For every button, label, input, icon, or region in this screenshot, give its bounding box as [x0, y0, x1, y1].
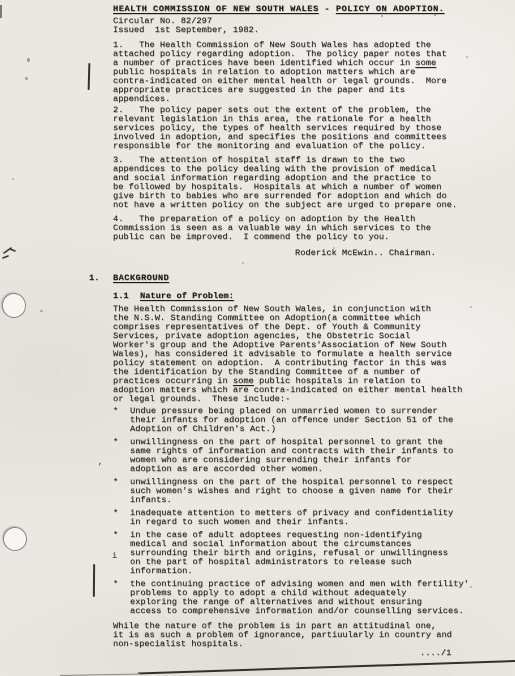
- paragraph-2: 2. The policy paper sets out the extent …: [113, 106, 485, 151]
- corner-smudge-mark: [0, 5, 2, 18]
- section-title: BACKGROUND: [113, 273, 169, 283]
- paper-speck: [40, 310, 43, 312]
- page-continuation-marker: ..../1: [420, 649, 485, 658]
- margin-pen-mark-top: [88, 63, 91, 90]
- paper-speck: [434, 13, 436, 16]
- bullet-text: the continuing practice of advising wome…: [130, 580, 469, 616]
- section-number: 1.: [89, 274, 113, 283]
- paper-speck: [242, 262, 244, 264]
- issued-date-line: Issued 1st September, 1982.: [113, 26, 485, 35]
- bullet-text: unwillingness on the part of the hospita…: [130, 478, 453, 505]
- bullet-list: * Undue pressure being placed on unmarri…: [113, 407, 485, 616]
- margin-pen-mark-bottom: [93, 564, 95, 597]
- bullet-item-4: * inadequate attention to metters of pri…: [113, 509, 485, 527]
- bullet-text: unwillingness on the part of hospital pe…: [130, 438, 453, 474]
- bullet-marker: *: [113, 438, 130, 474]
- bullet-item-1: * Undue pressure being placed on unmarri…: [113, 407, 485, 434]
- stray-typed-character: i: [112, 552, 117, 561]
- paper-speck: [466, 56, 468, 58]
- bullet-marker: *: [113, 509, 130, 527]
- section-heading-background: 1.BACKGROUND: [89, 274, 485, 283]
- bullet-item-5: * in the case of adult adoptees requesti…: [113, 531, 485, 576]
- paper-speck: [27, 58, 30, 62]
- bullet-marker: *: [113, 478, 130, 505]
- title-left: HEALTH COMMISSION OF NEW SOUTH WALES: [113, 4, 319, 14]
- document-title: HEALTH COMMISSION OF NEW SOUTH WALES - P…: [113, 5, 485, 14]
- paper-speck: [470, 306, 472, 308]
- closing-paragraph: While the nature of the problem is in pa…: [113, 622, 485, 649]
- bullet-item-2: * unwillingness on the part of hospital …: [113, 438, 485, 474]
- subsection-title: Nature of Problem:: [140, 291, 234, 301]
- bullet-marker: *: [113, 407, 130, 434]
- paragraph-3: 3. The attention of hospital staff is dr…: [113, 156, 485, 210]
- paper-speck: [333, 247, 335, 249]
- paper-speck: [381, 15, 383, 17]
- hole-punch-top: [0, 291, 27, 319]
- bullet-text: inadequate attention to metters of priva…: [130, 509, 453, 527]
- document-meta: Circular No. 82/297 Issued 1st September…: [113, 17, 485, 35]
- subsection-number: 1.1: [113, 292, 140, 301]
- bullet-text: Undue pressure being placed on unmarried…: [130, 407, 453, 434]
- paper-speck: [12, 178, 14, 180]
- title-separator: -: [319, 4, 336, 14]
- subsection-heading-nature-of-problem: 1.1Nature of Problem:: [113, 292, 485, 301]
- paragraph-1: 1. The Health Commission of New South Wa…: [113, 41, 485, 104]
- bullet-marker: *: [113, 580, 130, 616]
- scanned-document-page: HEALTH COMMISSION OF NEW SOUTH WALES - P…: [0, 0, 515, 676]
- stray-comma-mark: ,: [98, 458, 103, 467]
- background-paragraph: The Health Commission of New South Wales…: [113, 305, 485, 404]
- bullet-text: in the case of adult adoptees requesting…: [130, 531, 448, 576]
- bullet-item-3: * unwillingness on the part of the hospi…: [113, 478, 485, 505]
- paper-speck: [25, 77, 28, 80]
- pen-squiggle-mark: [2, 245, 24, 261]
- title-right: POLICY ON ADOPTION.: [336, 4, 445, 14]
- paper-speck: [470, 586, 472, 588]
- paragraph-4: 4. The preparation of a policy on adopti…: [113, 215, 485, 242]
- hole-punch-bottom: [2, 526, 28, 552]
- document-content: HEALTH COMMISSION OF NEW SOUTH WALES - P…: [113, 5, 485, 658]
- signature-line: Roderick McEwin.. Chairman.: [295, 249, 485, 258]
- bullet-item-6: * the continuing practice of advising wo…: [113, 580, 485, 616]
